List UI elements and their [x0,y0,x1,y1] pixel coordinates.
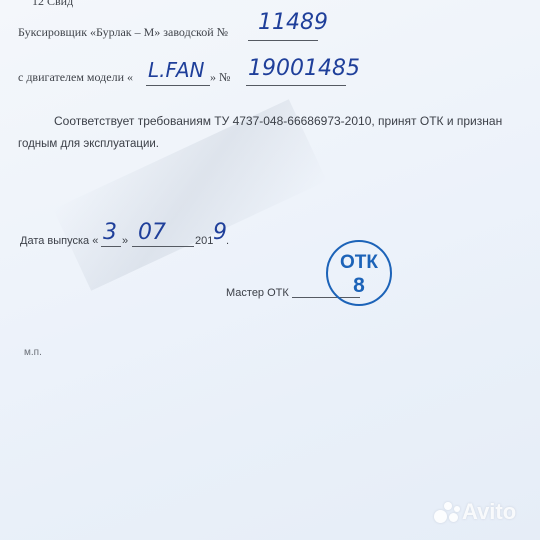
release-day-handwritten: 3 [103,220,117,245]
release-year-prefix: 201 [195,235,213,247]
release-day-underline [101,246,121,247]
tug-serial-underline [248,40,318,41]
release-month-handwritten: 07 [138,220,166,245]
stamp-line-1: ОТК [328,252,390,274]
release-date-label: Дата выпуска « [20,235,98,247]
seal-place-label: м.п. [24,347,42,358]
release-date-end: . [226,235,229,247]
engine-label: с двигателем модели « [18,70,133,85]
engine-number-label: » № [210,70,230,85]
engine-model-underline [146,85,210,86]
compliance-line-2: годным для эксплуатации. [18,138,159,150]
release-year-handwritten: 9 [213,220,227,245]
compliance-line-1: Соответствует требованиям ТУ 4737-048-66… [54,114,502,128]
stamp-line-2: 8 [328,274,390,298]
engine-model-handwritten: L.FAN [148,58,204,82]
otk-stamp: ОТК 8 [326,240,392,306]
engine-number-underline [246,85,346,86]
header-fragment: 12 Свид [32,0,73,9]
engine-number-handwritten: 19001485 [248,56,360,81]
release-date-quote-close: » [122,235,128,247]
avito-logo-icon [434,502,462,524]
release-month-underline [132,246,194,247]
avito-watermark: Avito [462,499,516,525]
tug-serial-handwritten: 11489 [258,10,328,35]
master-otk-label: Мастер ОТК [226,287,289,299]
tug-label: Буксировщик «Бурлак – М» заводской № [18,25,228,40]
